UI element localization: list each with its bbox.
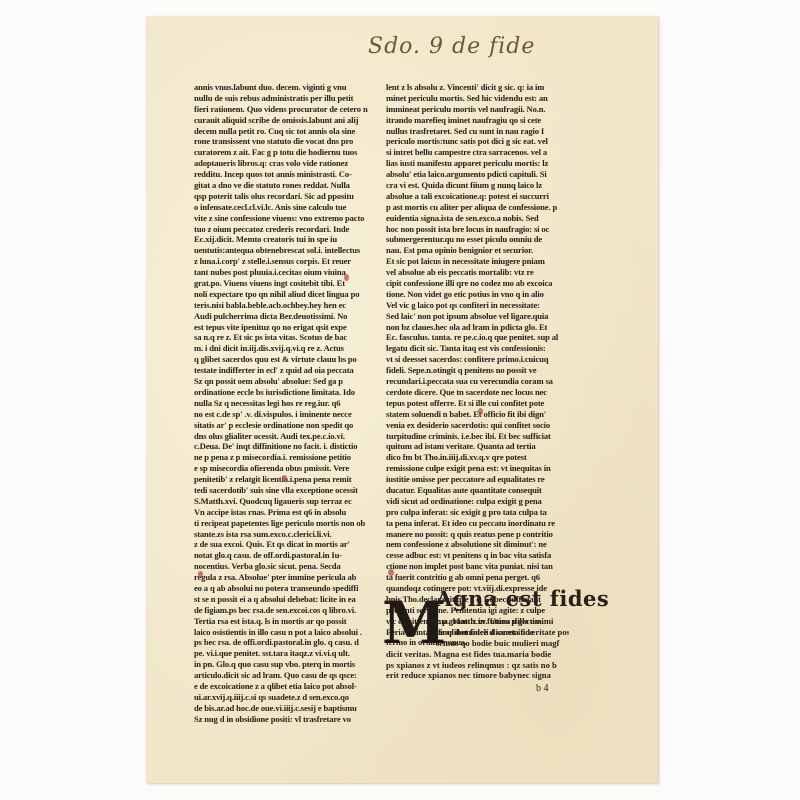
text-line: de figiam.ps bec rsa.de sen.excoi.cos q … <box>194 605 377 616</box>
text-line: Sz qn possit oem absolu' absolue: Sed ga… <box>194 376 377 387</box>
text-line: teris.nisi babla.beble.acb.ochbey.hey he… <box>194 300 377 311</box>
text-line: ta fuerit contritio g ab omni pena perge… <box>386 572 569 583</box>
text-line: fieri rationem. Quo videns procurator de… <box>194 104 377 115</box>
text-line: Vel vic g laico pot qs confiteri in nece… <box>386 300 569 311</box>
text-line: redditu. Incep quos tot annis ministrast… <box>194 169 377 180</box>
text-line: vidi sicut ad ordinatione: culpa exigit … <box>386 496 569 507</box>
text-line: qsp poterit talis olus recordari. Sic ad… <box>194 191 377 202</box>
text-line: grat.po. Viuens viuens ingt cositebit ti… <box>194 278 377 289</box>
text-line: q glibet sacerdos quu est & virtute clau… <box>194 354 377 365</box>
text-line: ps xpianos z vt iudeos relinqmus : qz sa… <box>386 660 569 671</box>
rubrication-mark <box>478 408 483 415</box>
text-line: cra vi est. Quida dicunt fiium g nunq la… <box>386 180 569 191</box>
text-line: nullu de suis rebus administratis per il… <box>194 93 377 104</box>
text-line: cipit confessione illi qre no codez mo a… <box>386 278 569 289</box>
text-line: nem confessione z absolutione sit diminu… <box>386 539 569 550</box>
text-line: erit reduce xpianos nec timore babynec s… <box>386 670 569 681</box>
text-line: si intret bellu campestre ctra sarraceno… <box>386 147 569 158</box>
text-line: tua. Matth.xv. Utina dilectissimi <box>386 616 569 627</box>
text-line: itrando marefieq iminet naufragiu qo si … <box>386 115 569 126</box>
text-line: tuo z oium peccatoz crederis recordari. … <box>194 224 377 235</box>
text-line: vel absolue ab eis peccatis mortalib: vt… <box>386 267 569 278</box>
text-line: fideli. Sepe.n.otingit q penitens no pos… <box>386 365 569 376</box>
text-line: Sz nug d in obsidione positi: vl trasfre… <box>194 714 377 725</box>
section-heading: Agna est fides <box>436 586 609 611</box>
text-line: ordinatione eccle bs iurisdictione limit… <box>194 387 377 398</box>
text-line: e sp misecordia ofierenda obus pmissit. … <box>194 463 377 474</box>
rubrication-mark <box>282 475 287 481</box>
text-line: Ec.xij.dicit. Memto creatoris tui in spe… <box>194 234 377 245</box>
text-line: uentutis:antequa obtenebrescat sol.i. in… <box>194 245 377 256</box>
rubrication-mark <box>344 274 349 281</box>
section-text: tua. Matth.xv. Utina dilectissimide qlib… <box>386 616 569 681</box>
text-line: semus qo bodie buic mulieri magf <box>386 638 569 649</box>
text-line: decem nulla petit ro. Cuq sic tot annis … <box>194 126 377 137</box>
text-line: remissione culpe exigit pena est: vt ine… <box>386 463 569 474</box>
text-line: periculo mortis:tunc satis pot dici g si… <box>386 136 569 147</box>
text-line: minet periculu mortis. Sed hic videndu e… <box>386 93 569 104</box>
text-line: nullus trasfretaret. Sed cu sunt in nau … <box>386 126 569 137</box>
text-line: nau. Est pma opinio benignior et securio… <box>386 245 569 256</box>
text-line: submergerentur.qu no esset piculu omniu … <box>386 234 569 245</box>
text-line: Vn accipe istas rnas. Prima est q6 in ab… <box>194 507 377 518</box>
text-line: non bz claues.hec ola ad lram in pdicta … <box>386 322 569 333</box>
text-line: pro culpa inferat: sic exigit g pro tata… <box>386 507 569 518</box>
text-line: p ast mortis cu aliter per aliqua de con… <box>386 202 569 213</box>
text-line: articulo.dicit sic ad lram. Quo casu de … <box>194 670 377 681</box>
text-line: pe. vi.i.que penitet. sst.tara itaqz.z v… <box>194 648 377 659</box>
text-line: ti recipeat papetentes lige periculo mor… <box>194 518 377 529</box>
text-line: nocentius. Verba glo.sic sicut. pena. Se… <box>194 561 377 572</box>
text-line: dicit veritas. Magna est fides tua.maria… <box>386 649 569 660</box>
text-line: tione. Non videt go etic potius in vno q… <box>386 289 569 300</box>
right-text-column: lent z ls absolu z. Vincenti' dicit g si… <box>386 82 569 648</box>
text-line: regula z rsa. Absolue' pter immine peric… <box>194 572 377 583</box>
text-line: vite z sine confessione viuens: vno extr… <box>194 213 377 224</box>
text-line: dico fm bt Tho.in.iiij.di.xv.q.v qre pot… <box>386 452 569 463</box>
text-line: lias iusti manifestu apparet periculu mo… <box>386 158 569 169</box>
manuscript-leaf: Sdo. 9 de fide annis vnus.labunt duo. de… <box>146 16 658 783</box>
text-line: curauit aliquid scribe de omissis.labunt… <box>194 115 377 126</box>
text-line: in pn. Glo.q quo casu sup vbo. pterq in … <box>194 659 377 670</box>
text-line: tant nubes post pluuia.i.cecitas oium vi… <box>194 267 377 278</box>
text-line: z de sua excoi. Quis. Et qs dicat in mor… <box>194 539 377 550</box>
text-line: laico osistientis in illo casu n pot a l… <box>194 627 377 638</box>
rubrication-mark <box>388 569 394 576</box>
text-line: iustitie omisse per peccatore ad equalit… <box>386 474 569 485</box>
text-line: annis vnus.labunt duo. decem. viginti g … <box>194 82 377 93</box>
text-line: ps bec rsa. de offi.ordi.pastoral.in glo… <box>194 637 377 648</box>
text-line: sa n.q re z. Et sic ps ista vitas. Scotu… <box>194 332 377 343</box>
text-line: testate indifferter in ecl' z quid ad oi… <box>194 365 377 376</box>
left-text-column: annis vnus.labunt duo. decem. viginti g … <box>194 82 377 725</box>
rubrication-mark <box>198 571 203 577</box>
text-line: no est c.de sp' .v. di.vispulos. i imine… <box>194 409 377 420</box>
text-line: legatu dicit sic. Tanta itaq est vis con… <box>386 343 569 354</box>
text-line: euidentia signa.ista de sen.exco.a nobis… <box>386 213 569 224</box>
text-line: quitum ad istam veritate. Quanta ad tert… <box>386 441 569 452</box>
text-line: notat glo.q casu. de off.ordi.pastoral.i… <box>194 550 377 561</box>
text-line: adoptaueris libros.q: cras volo vide rat… <box>194 158 377 169</box>
text-line: dns olus glialiter ocessit. Audi tex.pe.… <box>194 431 377 442</box>
text-line: est tepus vite ipenituz qo no erigat qsi… <box>194 322 377 333</box>
text-line: nulla Sz q necessitas legi hos re reg.iu… <box>194 398 377 409</box>
text-line: Sed laic' non pot ipsum absolue vel liga… <box>386 311 569 322</box>
text-line: noli expectare tpo qn nihil aliud dicet … <box>194 289 377 300</box>
text-line: Ec. fasculus. tanta. re pe.c.io.q que pe… <box>386 332 569 343</box>
text-line: vt si deesset sacerdos: confitere primo.… <box>386 354 569 365</box>
text-line: cesse adbuc est: vt penitens q in bac vi… <box>386 550 569 561</box>
text-line: ne p pena z p misecordia.i. remissione p… <box>194 452 377 463</box>
signature-mark: b 4 <box>536 683 549 694</box>
text-line: o infensate.cecl.cl.vi.lc. Anis sine cal… <box>194 202 377 213</box>
text-line: ui.ar.xvij.q.iiij.c.si qs suadete.z d se… <box>194 692 377 703</box>
text-line: st se n possit ei a q absolui debebat: l… <box>194 594 377 605</box>
text-line: tedi sacerdotib' suis sine vlla exceptio… <box>194 485 377 496</box>
text-line: manere no possit: q quis reatus pene p c… <box>386 529 569 540</box>
text-line: Tertia rsa est ista.q. ls in mortis ar q… <box>194 616 377 627</box>
text-line: lent z ls absolu z. Vincenti' dicit g si… <box>386 82 569 93</box>
text-line: sitatis ar' p ecclesie ordinatione non s… <box>194 420 377 431</box>
text-line: Et sic pot laicus in necessitate iniuger… <box>386 256 569 267</box>
text-line: de qlibet fideli diceret in veritate pos… <box>386 627 569 638</box>
text-line: recundari.i.peccata sua cu verecundia co… <box>386 376 569 387</box>
text-line: stante.zs ista rsa sum.exco.c.clerici.li… <box>194 529 377 540</box>
text-line: S.Matth.xvi. Quodcuq ligaueris sup terra… <box>194 496 377 507</box>
text-line: tepus potest offerre. Et si ille cui con… <box>386 398 569 409</box>
text-line: ducatur. Equalitas aute quantitate conse… <box>386 485 569 496</box>
text-line: turpitudine criminis. i.e.bec ibi. Et be… <box>386 431 569 442</box>
text-line: absolue a tali excoicatione.q: potest ei… <box>386 191 569 202</box>
text-line: ta pena inferat. Et ideo cu peccatu inor… <box>386 518 569 529</box>
text-line: eo a q ab absolui no potera transeundo s… <box>194 583 377 594</box>
text-line: z luna.i.corp' z stelle.i.sensus corpis.… <box>194 256 377 267</box>
text-line: ctione non implet post banc vita puniat.… <box>386 561 569 572</box>
text-line: curatorem z ait. Fac g p totu die hodier… <box>194 147 377 158</box>
text-line: m. i dni dicit in.iij.dis.xvij.q.vi.q re… <box>194 343 377 354</box>
text-line: gitat a dno ve die statuto rones reddat.… <box>194 180 377 191</box>
text-line: venia ex desiderio sacerdotis: qui confi… <box>386 420 569 431</box>
text-line: immineat periculu mortis vel naufragii. … <box>386 104 569 115</box>
text-line: e de excoicatione z a qlibet etia laico … <box>194 681 377 692</box>
handwritten-inscription: Sdo. 9 de fide <box>368 34 568 74</box>
text-line: de bis.ar.ad hoc.de oue.vi.iiij.c.sesij … <box>194 703 377 714</box>
text-line: Audi pulcherrima dicta Ber.deuotissimi. … <box>194 311 377 322</box>
text-line: absolu' etia laico.argumento pdicti capi… <box>386 169 569 180</box>
text-line: cerdote dicere. Que tn sacerdote nec loc… <box>386 387 569 398</box>
text-line: hoc non possit ista bre locus in naufrag… <box>386 224 569 235</box>
text-line: rone transissent vno statuto die vocat d… <box>194 136 377 147</box>
text-line: c.Deua. De' inqt diffinitione no facit. … <box>194 441 377 452</box>
